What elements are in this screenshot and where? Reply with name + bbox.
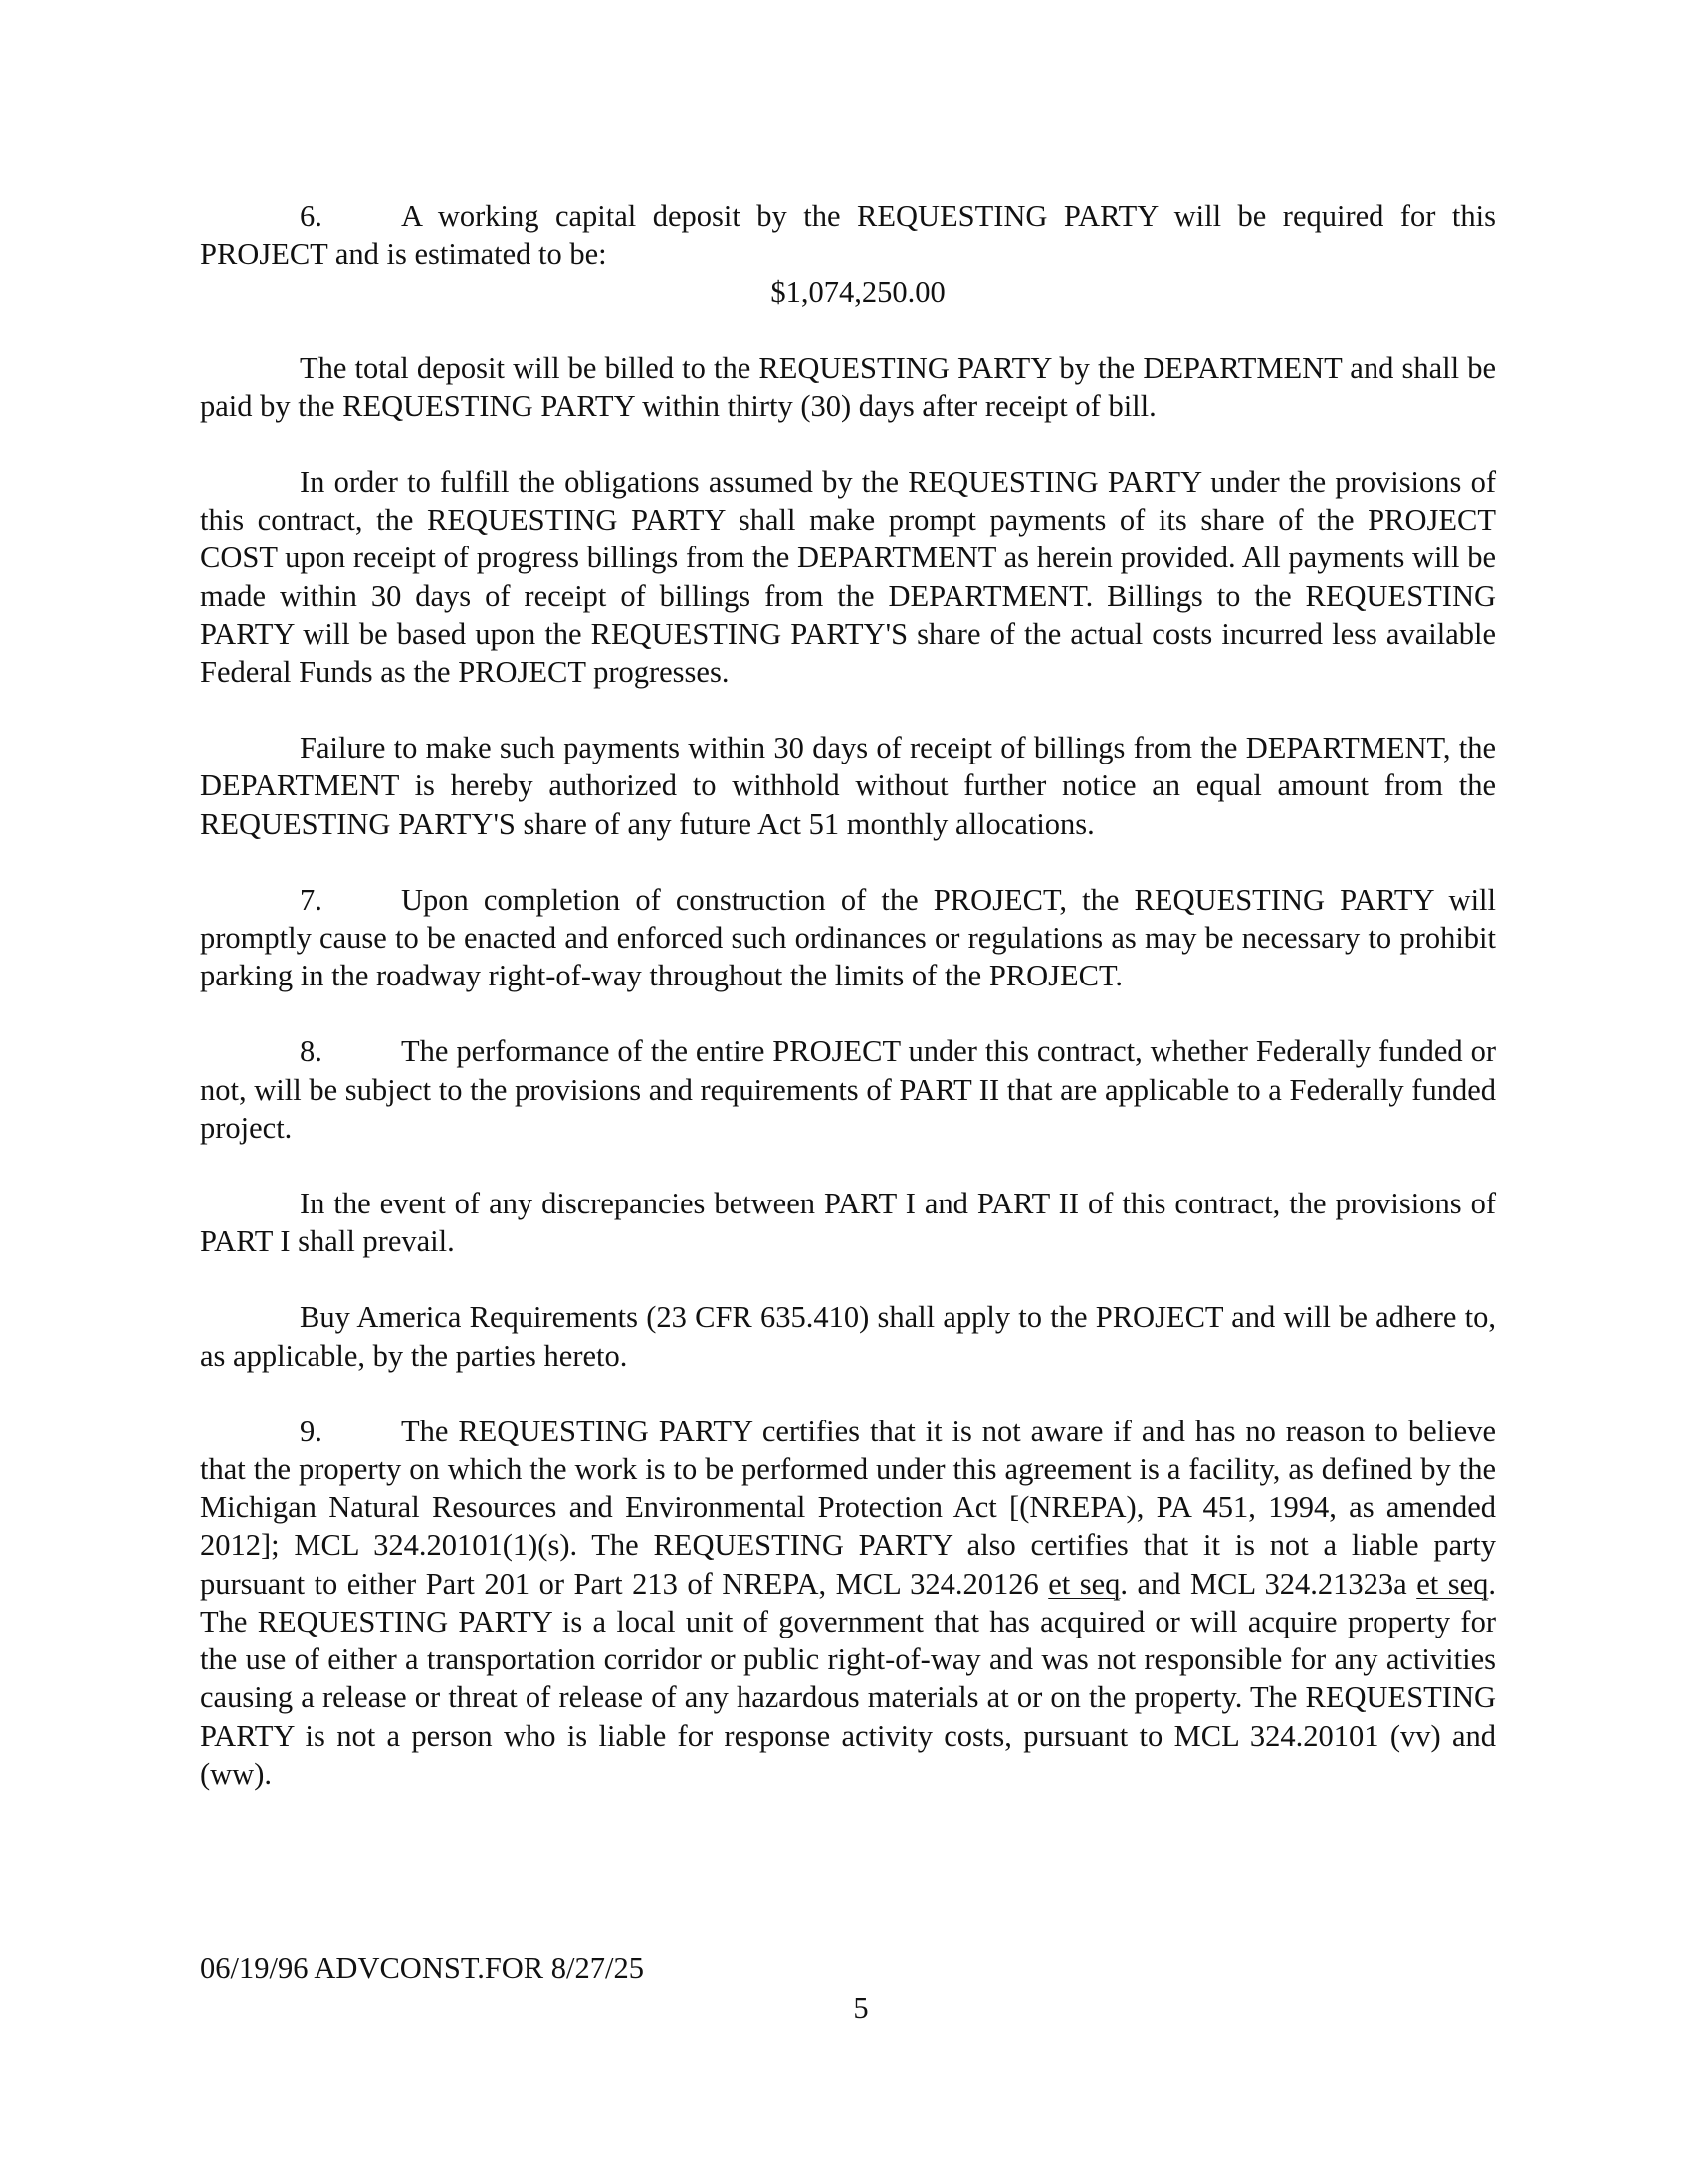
section-9-paragraph: 9.The REQUESTING PARTY certifies that it…	[200, 1413, 1496, 1793]
section-9-text-2: . and MCL 324.21323a	[1120, 1567, 1416, 1601]
deposit-amount: $1,074,250.00	[200, 273, 1496, 311]
form-footer: 06/19/96 ADVCONST.FOR 8/27/25	[200, 1949, 644, 1987]
section-7-paragraph: 7.Upon completion of construction of the…	[200, 881, 1496, 995]
failure-paragraph: Failure to make such payments within 30 …	[200, 729, 1496, 843]
section-number: 7.	[300, 881, 401, 919]
billing-paragraph: The total deposit will be billed to the …	[200, 349, 1496, 425]
section-number: 9.	[300, 1413, 401, 1450]
discrepancies-paragraph: In the event of any discrepancies betwee…	[200, 1185, 1496, 1260]
section-number: 8.	[300, 1032, 401, 1070]
document-page: 6.A working capital deposit by the REQUE…	[200, 197, 1496, 1793]
obligations-paragraph: In order to fulfill the obligations assu…	[200, 463, 1496, 691]
section-8-paragraph: 8.The performance of the entire PROJECT …	[200, 1032, 1496, 1147]
page-number: 5	[0, 1989, 1692, 2027]
et-seq-underlined: et seq	[1048, 1567, 1120, 1601]
section-6-paragraph: 6.A working capital deposit by the REQUE…	[200, 197, 1496, 273]
section-number: 6.	[300, 197, 401, 235]
et-seq-underlined: et seq	[1416, 1567, 1488, 1601]
buy-america-paragraph: Buy America Requirements (23 CFR 635.410…	[200, 1298, 1496, 1374]
